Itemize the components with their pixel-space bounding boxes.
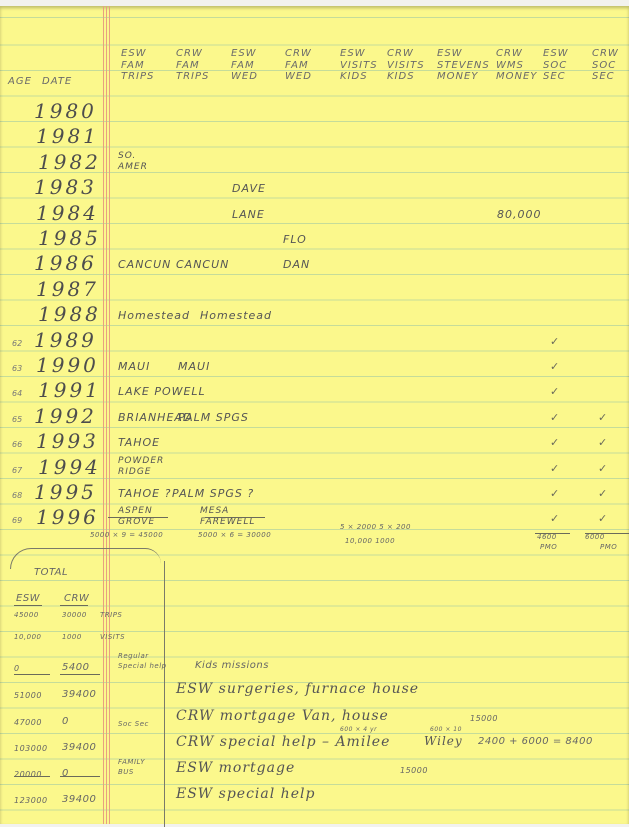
esw-trips-cell: TAHOE ? — [118, 488, 171, 499]
column-header: CRWVISITSKIDS — [387, 48, 425, 83]
column-header-line: CRW — [387, 48, 425, 60]
summary-crw-value: 39400 — [62, 743, 96, 753]
age-label: 68 — [12, 492, 22, 500]
summary-amount: 15000 — [470, 715, 498, 723]
age-label: 67 — [12, 467, 22, 475]
column-header: ESWSTEVENSMONEY — [437, 48, 490, 83]
summary-esw-value: 47000 — [14, 719, 42, 727]
age-label: 63 — [12, 365, 22, 373]
visits-subtotal-line1: 5 × 2000 5 × 200 — [340, 524, 411, 531]
esw-trips-cell: Homestead — [118, 310, 190, 321]
check-mark-icon: ✓ — [598, 412, 607, 423]
column-header: CRWFAMTRIPS — [176, 48, 209, 83]
age-label: 65 — [12, 416, 22, 424]
esw-trips-cell: SO. — [118, 152, 136, 161]
crw-trips-cell: MAUI — [178, 361, 210, 372]
summary-calc-note: 600 × 10 — [430, 727, 462, 733]
totals-title: TOTAL — [34, 568, 68, 578]
esw-wed-cell: DAVE — [232, 183, 266, 194]
year-label: 1994 — [38, 457, 101, 477]
totals-crw-value: 30000 — [62, 612, 87, 619]
column-header-line: MONEY — [437, 71, 490, 83]
age-label: 64 — [12, 390, 22, 398]
column-header: ESWFAMWED — [231, 48, 258, 83]
summary-amount: 15000 — [400, 767, 428, 775]
crw-soc-subtotal-unit: PMO — [600, 544, 617, 551]
check-mark-icon: ✓ — [598, 513, 607, 524]
year-label: 1980 — [34, 101, 97, 121]
check-mark-icon: ✓ — [550, 386, 559, 397]
year-label: 1983 — [34, 177, 97, 197]
column-header-line: WMS — [496, 60, 537, 72]
summary-description: CRW mortgage Van, house — [176, 709, 389, 723]
esw-trips-cell: GROVE — [118, 518, 155, 527]
esw-trips-subtotal: 5000 × 9 = 45000 — [90, 532, 163, 539]
legal-pad-page: AGE DATE ESWFAMTRIPSCRWFAMTRIPSESWFAMWED… — [0, 6, 629, 824]
column-header-line: KIDS — [387, 71, 425, 83]
column-header-line: CRW — [285, 48, 312, 60]
year-label: 1993 — [36, 431, 99, 451]
totals-esw-header: ESW — [16, 594, 40, 604]
visits-subtotal-line2: 10,000 1000 — [345, 538, 395, 545]
check-mark-icon: ✓ — [550, 513, 559, 524]
crw-trips-cell: CANCUN — [176, 259, 229, 270]
column-header-line: CRW — [496, 48, 537, 60]
year-label: 1992 — [34, 406, 97, 426]
totals-box-outline — [10, 548, 161, 569]
year-label: 1984 — [36, 203, 99, 223]
summary-description: CRW special help – Amilee — [176, 735, 390, 749]
crw-trips-cell: MESA — [200, 507, 229, 516]
summary-description: Kids missions — [195, 661, 269, 671]
column-header-line: STEVENS — [437, 60, 490, 72]
column-header-line: CRW — [592, 48, 619, 60]
column-header-line: SOC — [592, 60, 619, 72]
underline — [108, 517, 168, 518]
column-header-line: FAM — [121, 60, 154, 72]
summary-crw-value: 5400 — [62, 663, 89, 673]
summary-note: Soc Sec — [118, 721, 149, 728]
crw-soc-subtotal: 6000 — [585, 534, 605, 541]
crw-wed-cell: FLO — [283, 234, 307, 245]
summary-crw-value: 39400 — [62, 690, 96, 700]
esw-trips-cell: LAKE POWELL — [118, 386, 206, 397]
year-label: 1982 — [38, 152, 101, 172]
summary-description: ESW surgeries, furnace house — [176, 682, 419, 696]
crw-trips-subtotal: 5000 × 6 = 30000 — [198, 532, 271, 539]
totals-esw-value: 45000 — [14, 612, 39, 619]
underline — [60, 605, 88, 606]
summary-note: Regular — [118, 653, 149, 660]
margin-line — [106, 6, 107, 824]
year-label: 1990 — [36, 355, 99, 375]
check-mark-icon: ✓ — [598, 463, 607, 474]
totals-crw-header: CRW — [64, 594, 89, 604]
underline — [60, 674, 100, 675]
column-header-line: MONEY — [496, 71, 537, 83]
column-header-line: KIDS — [340, 71, 378, 83]
crw-trips-cell: PALM SPGS — [178, 412, 249, 423]
column-header-line: FAM — [285, 60, 312, 72]
esw-trips-cell: CANCUN — [118, 259, 171, 270]
totals-row-label: VISITS — [100, 634, 125, 641]
check-mark-icon: ✓ — [550, 437, 559, 448]
crw-trips-cell: FAREWELL — [200, 518, 255, 527]
margin-line — [109, 6, 110, 824]
totals-row-label: TRIPS — [100, 612, 122, 619]
column-header-line: ESW — [121, 48, 154, 60]
column-header-line: SOC — [543, 60, 569, 72]
column-header-line: ESW — [543, 48, 569, 60]
column-header-line: VISITS — [340, 60, 378, 72]
year-label: 1991 — [38, 380, 101, 400]
column-header-line: WED — [231, 71, 258, 83]
year-label: 1988 — [38, 304, 101, 324]
underline — [14, 776, 50, 777]
totals-crw-value: 1000 — [62, 634, 82, 641]
summary-calc-note: 600 × 4 yr — [340, 727, 377, 733]
summary-note: Special help — [118, 663, 167, 670]
check-mark-icon: ✓ — [550, 488, 559, 499]
underline — [60, 776, 100, 777]
column-header: ESWSOCSEC — [543, 48, 569, 83]
esw-trips-cell: POWDER — [118, 457, 164, 466]
column-header-line: VISITS — [387, 60, 425, 72]
check-mark-icon: ✓ — [550, 336, 559, 347]
underline — [14, 605, 42, 606]
check-mark-icon: ✓ — [598, 488, 607, 499]
column-header-line: SEC — [543, 71, 569, 83]
check-mark-icon: ✓ — [598, 437, 607, 448]
column-header: CRWWMSMONEY — [496, 48, 537, 83]
margin-line — [103, 6, 104, 824]
crw-trips-cell: Homestead — [200, 310, 272, 321]
crw-wed-cell: DAN — [283, 259, 310, 270]
year-label: 1995 — [34, 482, 97, 502]
column-header: ESWFAMTRIPS — [121, 48, 154, 83]
esw-wed-cell: LANE — [232, 209, 265, 220]
summary-description: ESW special help — [176, 787, 315, 801]
column-header-line: FAM — [176, 60, 209, 72]
column-header: CRWSOCSEC — [592, 48, 619, 83]
summary-extra: Wiley — [424, 735, 463, 747]
summary-esw-value: 0 — [14, 665, 20, 673]
summary-crw-value: 0 — [62, 769, 69, 779]
year-label: 1987 — [36, 279, 99, 299]
column-header-line: TRIPS — [176, 71, 209, 83]
age-label: 62 — [12, 340, 22, 348]
summary-note: FAMILY — [118, 759, 145, 766]
summary-crw-value: 39400 — [62, 795, 96, 805]
esw-trips-cell: AMER — [118, 163, 148, 172]
crw-trips-cell: PALM SPGS ? — [172, 488, 254, 499]
column-header-line: ESW — [340, 48, 378, 60]
summary-result: 2400 + 6000 = 8400 — [478, 737, 593, 747]
age-header: AGE — [8, 76, 32, 88]
summary-esw-value: 20000 — [14, 771, 42, 779]
year-label: 1986 — [34, 253, 97, 273]
column-header-line: ESW — [231, 48, 258, 60]
summary-esw-value: 103000 — [14, 745, 48, 753]
year-label: 1989 — [34, 330, 97, 350]
date-header: DATE — [42, 76, 72, 88]
column-header-line: WED — [285, 71, 312, 83]
totals-esw-value: 10,000 — [14, 634, 42, 641]
underline — [205, 517, 265, 518]
esw-soc-subtotal: 4600 — [537, 534, 557, 541]
summary-esw-value: 123000 — [14, 797, 48, 805]
age-label: 69 — [12, 517, 22, 525]
year-label: 1996 — [36, 507, 99, 527]
underline — [14, 674, 50, 675]
crw-money-cell: 80,000 — [497, 209, 542, 220]
esw-trips-cell: RIDGE — [118, 468, 152, 477]
column-header: ESWVISITSKIDS — [340, 48, 378, 83]
column-header-line: SEC — [592, 71, 619, 83]
esw-trips-cell: MAUI — [118, 361, 150, 372]
esw-trips-cell: TAHOE — [118, 437, 160, 448]
summary-note: BUS — [118, 769, 134, 776]
age-label: 66 — [12, 441, 22, 449]
column-header-line: FAM — [231, 60, 258, 72]
summary-description: ESW mortgage — [176, 761, 295, 775]
column-header-line: CRW — [176, 48, 209, 60]
esw-trips-cell: ASPEN — [118, 507, 153, 516]
totals-box-divider — [164, 561, 165, 827]
check-mark-icon: ✓ — [550, 412, 559, 423]
year-label: 1981 — [36, 126, 99, 146]
summary-esw-value: 51000 — [14, 692, 42, 700]
check-mark-icon: ✓ — [550, 361, 559, 372]
year-label: 1985 — [38, 228, 101, 248]
column-header: CRWFAMWED — [285, 48, 312, 83]
summary-crw-value: 0 — [62, 717, 69, 727]
column-header-line: ESW — [437, 48, 490, 60]
check-mark-icon: ✓ — [550, 463, 559, 474]
column-header-line: TRIPS — [121, 71, 154, 83]
esw-soc-subtotal-unit: PMO — [540, 544, 557, 551]
